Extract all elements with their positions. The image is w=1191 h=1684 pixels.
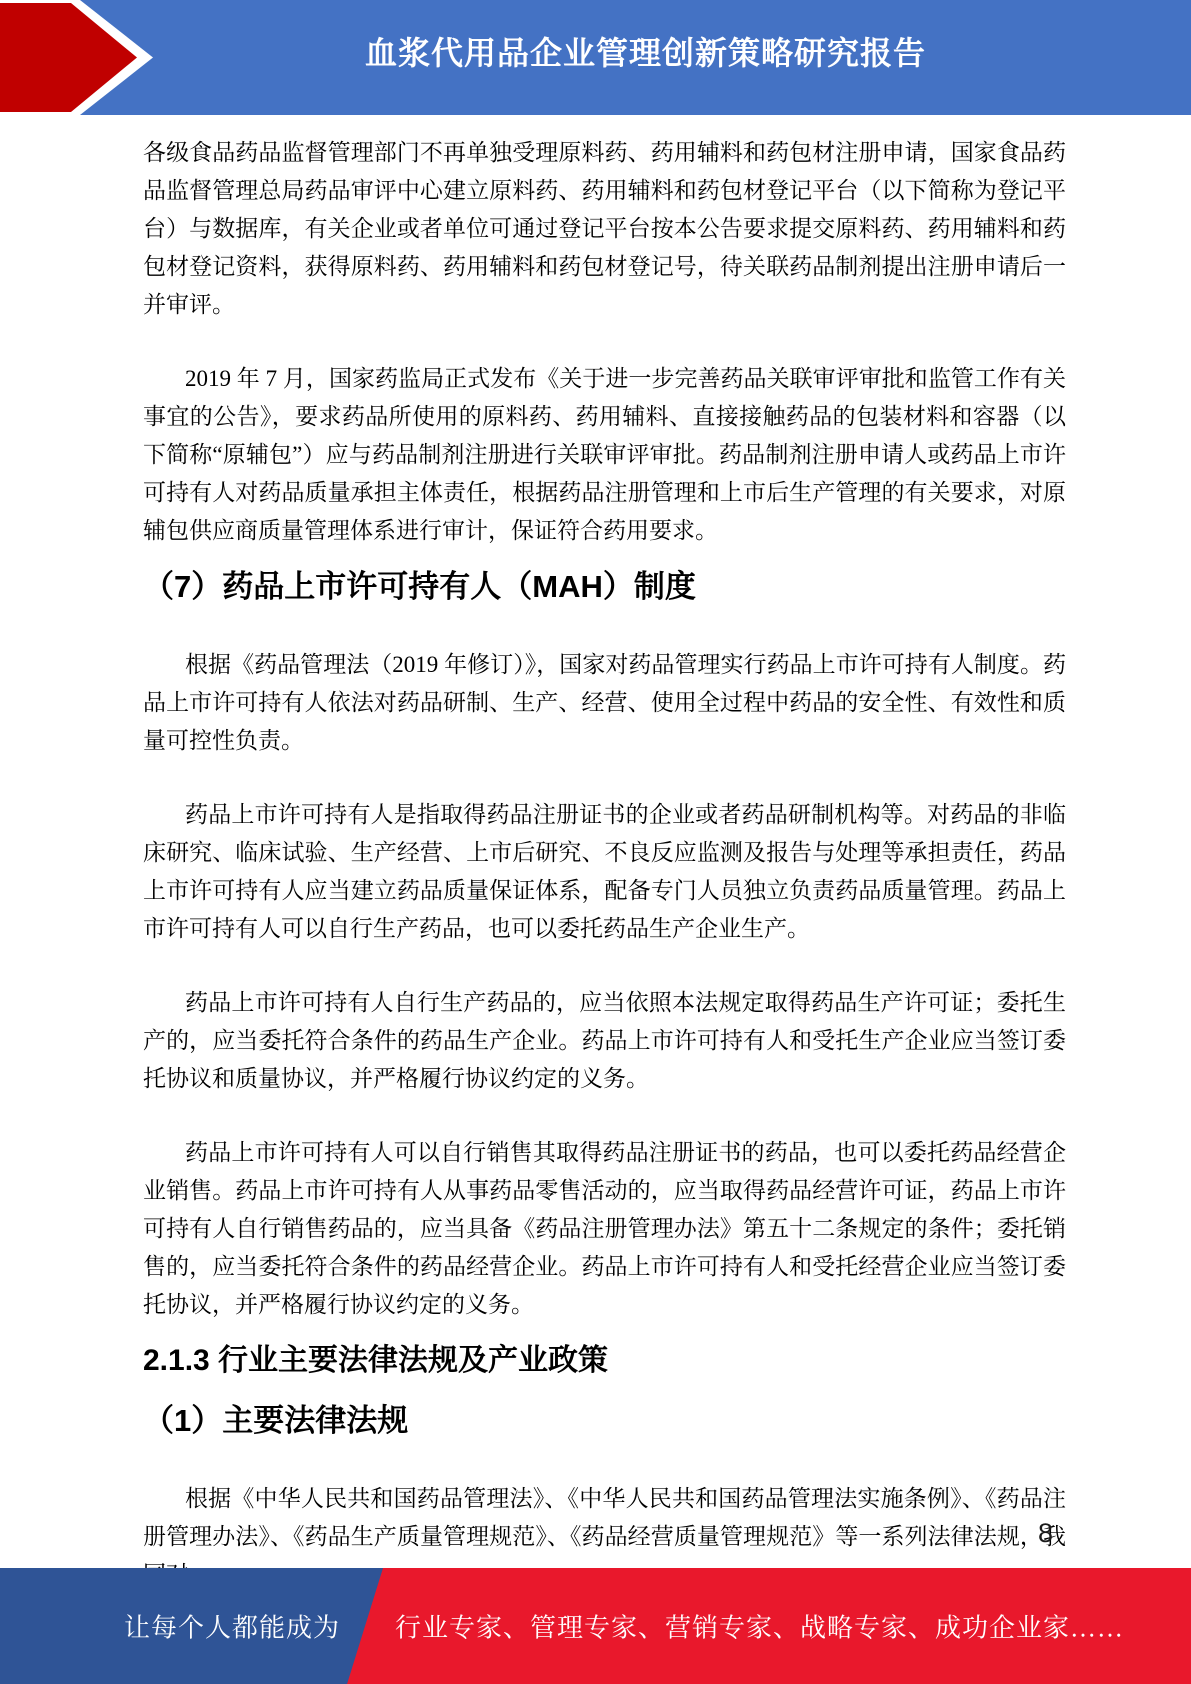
- body-paragraph: 各级食品药品监督管理部门不再单独受理原料药、药用辅料和药包材注册申请，国家食品药…: [143, 134, 1066, 324]
- body-paragraph: 药品上市许可持有人自行生产药品的，应当依照本法规定取得药品生产许可证；委托生产的…: [143, 984, 1066, 1098]
- body-paragraph: 药品上市许可持有人可以自行销售其取得药品注册证书的药品，也可以委托药品经营企业销…: [143, 1134, 1066, 1324]
- document-body: 各级食品药品监督管理部门不再单独受理原料药、药用辅料和药包材注册申请，国家食品药…: [143, 115, 1066, 1594]
- page-footer-banner: 让每个人都能成为 行业专家、管理专家、营销专家、战略专家、成功企业家……: [0, 1568, 1191, 1684]
- body-paragraph: 根据《药品管理法（2019 年修订）》，国家对药品管理实行药品上市许可持有人制度…: [143, 646, 1066, 760]
- heading-main-laws: （1）主要法律法规: [143, 1398, 1066, 1444]
- footer-slogan-left: 让每个人都能成为: [0, 1608, 340, 1645]
- heading-2-1-3-laws-policies: 2.1.3 行业主要法律法规及产业政策: [143, 1338, 1066, 1384]
- body-paragraph: 2019 年 7 月，国家药监局正式发布《关于进一步完善药品关联审评审批和监管工…: [143, 360, 1066, 550]
- chevron-red-body: [0, 3, 137, 112]
- footer-slogan-right: 行业专家、管理专家、营销专家、战略专家、成功企业家……: [395, 1608, 1124, 1645]
- body-paragraph: 药品上市许可持有人是指取得药品注册证书的企业或者药品研制机构等。对药品的非临床研…: [143, 796, 1066, 948]
- page-number: 8: [1038, 1518, 1053, 1549]
- report-title: 血浆代用品企业管理创新策略研究报告: [160, 0, 1131, 115]
- heading-mah-system: （7）药品上市许可持有人（MAH）制度: [143, 564, 1066, 610]
- page-header-banner: 血浆代用品企业管理创新策略研究报告: [0, 0, 1191, 115]
- report-page: 血浆代用品企业管理创新策略研究报告 各级食品药品监督管理部门不再单独受理原料药、…: [0, 0, 1191, 1684]
- red-chevron-icon: [0, 0, 160, 115]
